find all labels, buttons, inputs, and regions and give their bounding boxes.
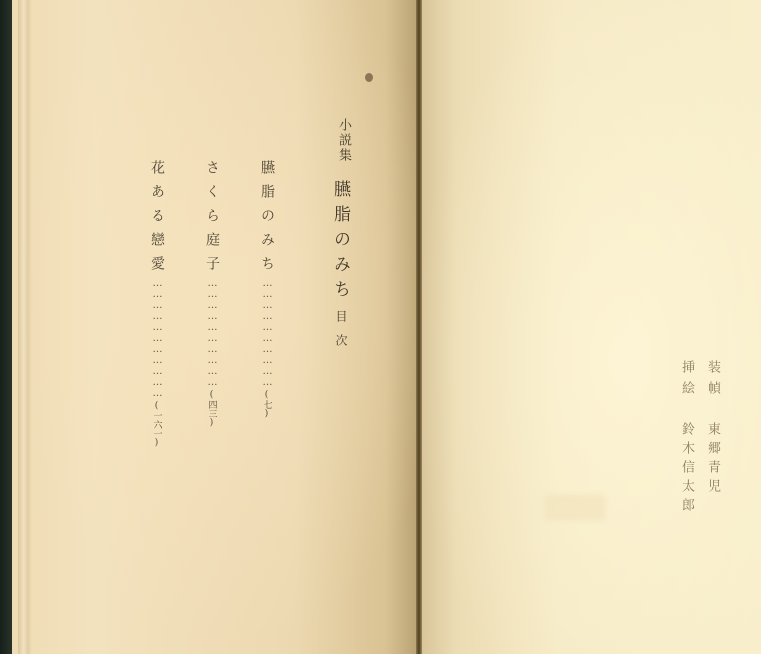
- faded-stamp: [545, 495, 605, 520]
- credit-role: 挿絵: [677, 360, 696, 402]
- toc-heading: 目次: [333, 310, 350, 358]
- toc-entry-title: 花ある戀愛: [147, 160, 167, 280]
- series-label: 小説集: [334, 118, 353, 163]
- paper-stain: [365, 73, 373, 82]
- toc-entry: さくら庭子 ………………………… 四三: [202, 160, 222, 428]
- toc-entry: 花ある戀愛 …………………………… 一六一: [147, 160, 167, 448]
- toc-entry-title: さくら庭子: [202, 160, 222, 280]
- book-title: 臙脂のみち: [328, 180, 353, 305]
- credit-name: 鈴木信太郎: [677, 422, 696, 517]
- page-fold: [18, 0, 32, 654]
- credit-illustration: 挿絵 鈴木信太郎: [677, 360, 696, 517]
- toc-entry-page: 四三: [206, 390, 219, 428]
- dot-leader: ……………………………: [152, 278, 162, 399]
- toc-entry-page: 一六一: [151, 401, 164, 448]
- toc-entry-page: 七: [261, 390, 274, 419]
- credit-role: 装幀: [703, 360, 722, 402]
- toc-entry: 臙脂のみち ………………………… 七: [257, 160, 277, 419]
- book-spread: 小説集 臙脂のみち 目次 臙脂のみち ………………………… 七 さくら庭子 ………: [0, 0, 761, 654]
- credit-name: 東郷青児: [703, 422, 722, 498]
- dot-leader: …………………………: [262, 278, 272, 388]
- dot-leader: …………………………: [207, 278, 217, 388]
- toc-entry-title: 臙脂のみち: [257, 160, 277, 280]
- book-edge: [0, 0, 12, 654]
- credit-binding: 装幀 東郷青児: [703, 360, 722, 498]
- right-page: [422, 0, 761, 654]
